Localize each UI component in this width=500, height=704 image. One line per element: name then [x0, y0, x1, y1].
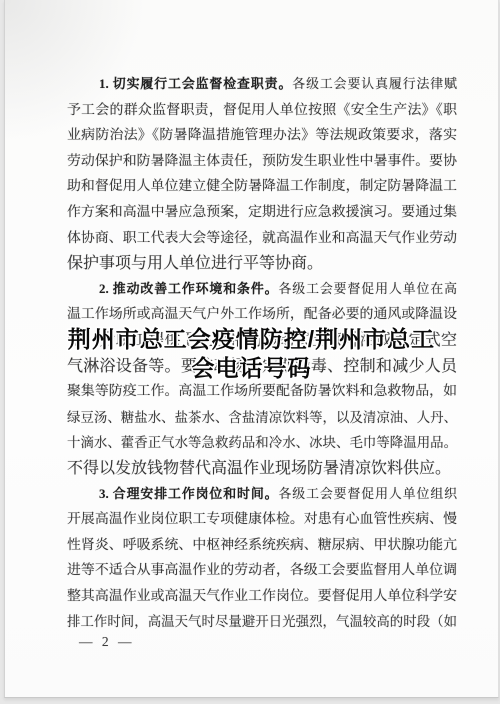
- watermark-title-line1: 荆州市总工会疫情防控/荆州市总工: [5, 325, 498, 354]
- document-line: 聚集等防疫工作。高温工作场所要配备防暑饮料和急救物品，如: [67, 379, 457, 405]
- paragraph-lead: 2. 推动改善工作环境和条件。: [99, 282, 278, 296]
- document-line: 作方案和高温中暑应急预案，定期进行应急救援演习。要通过集: [67, 200, 457, 226]
- document-line: 开展高温作业岗位职工专项健康体检。对患有心血管性疾病、慢: [67, 507, 457, 533]
- paragraph-lead: 3. 合理安排工作岗位和时间。: [99, 487, 278, 501]
- document-line: 2. 推动改善工作环境和条件。各级工会要督促用人单位在高: [67, 277, 457, 303]
- page-number: — 2 —: [79, 634, 135, 650]
- document-page: 1. 切实履行工会监督检查职责。各级工会要认真履行法律赋予工会的群众监督职责，督…: [4, 0, 499, 698]
- watermark-title-line2: 会电话号码: [5, 354, 498, 383]
- scan-background: { "page": { "page_number": "— 2 —" }, "c…: [0, 0, 500, 704]
- document-line: 体协商、职工代表大会等途径，就高温作业和高温天气作业劳动: [67, 226, 457, 252]
- document-line: 十滴水、藿香正气水等急救药品和冷水、冰块、毛巾等降温用品。: [67, 430, 457, 456]
- document-line: 性肾炎、呼吸系统、中枢神经系统疾病、糖尿病、甲状腺功能亢: [67, 533, 457, 559]
- watermark-title: 荆州市总工会疫情防控/荆州市总工 会电话号码: [5, 325, 498, 382]
- document-line: 劳动保护和防暑降温主体责任，预防发生职业性中暑事件。要协: [67, 149, 457, 175]
- document-line: 进等不适合从事高温作业的劳动者，各级工会要监督用人单位调: [67, 558, 457, 584]
- document-line: 助和督促用人单位建立健全防暑降温工作制度，制定防暑降温工: [67, 174, 457, 200]
- document-line: 整其高温作业或高温天气作业工作岗位。要督促用人单位科学安: [67, 584, 457, 610]
- document-line: 排工作时间，高温天气时尽量避开日光强烈，气温较高的时段（如: [67, 609, 457, 635]
- document-line: 保护事项与用人单位进行平等协商。: [67, 251, 457, 277]
- document-line: 绿豆汤、糖盐水、盐茶水、含盐清凉饮料等，以及清凉油、人丹、: [67, 405, 457, 431]
- document-line: 不得以发放钱物替代高温作业现场防暑清凉饮料供应。: [67, 456, 457, 482]
- paragraph-lead: 1. 切实履行工会监督检查职责。: [99, 77, 292, 91]
- document-line: 1. 切实履行工会监督检查职责。各级工会要认真履行法律赋: [67, 72, 457, 98]
- document-line: 予工会的群众监督职责，督促用人单位按照《安全生产法》《职: [67, 98, 457, 124]
- document-line: 业病防治法》《防暑降温措施管理办法》等法规政策要求，落实: [67, 123, 457, 149]
- document-line: 3. 合理安排工作岗位和时间。各级工会要督促用人单位组织: [67, 482, 457, 508]
